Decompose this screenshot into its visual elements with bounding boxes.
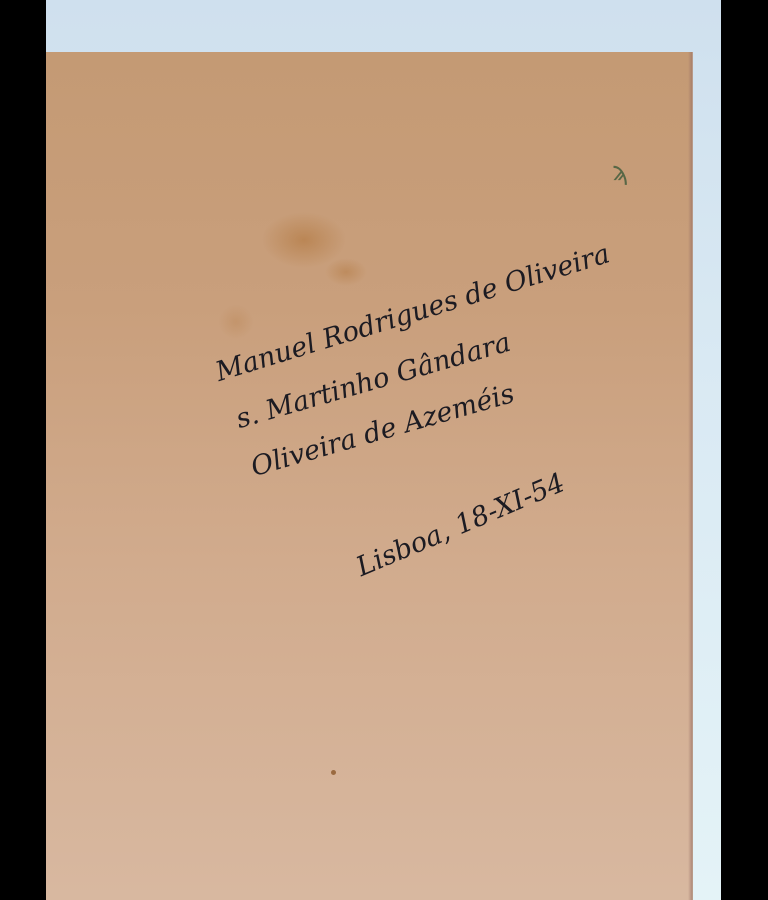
inscription-line-date: Lisboa, 18-XI-54 bbox=[352, 467, 569, 583]
letterbox-left bbox=[0, 0, 46, 900]
page-edge bbox=[688, 52, 692, 900]
foxing-spot bbox=[331, 770, 336, 775]
letterbox-right bbox=[721, 0, 768, 900]
book-endpaper: ϡ Manuel Rodrigues de Oliveira s. Martin… bbox=[46, 52, 692, 900]
green-pencil-mark-icon: ϡ bbox=[612, 152, 622, 192]
